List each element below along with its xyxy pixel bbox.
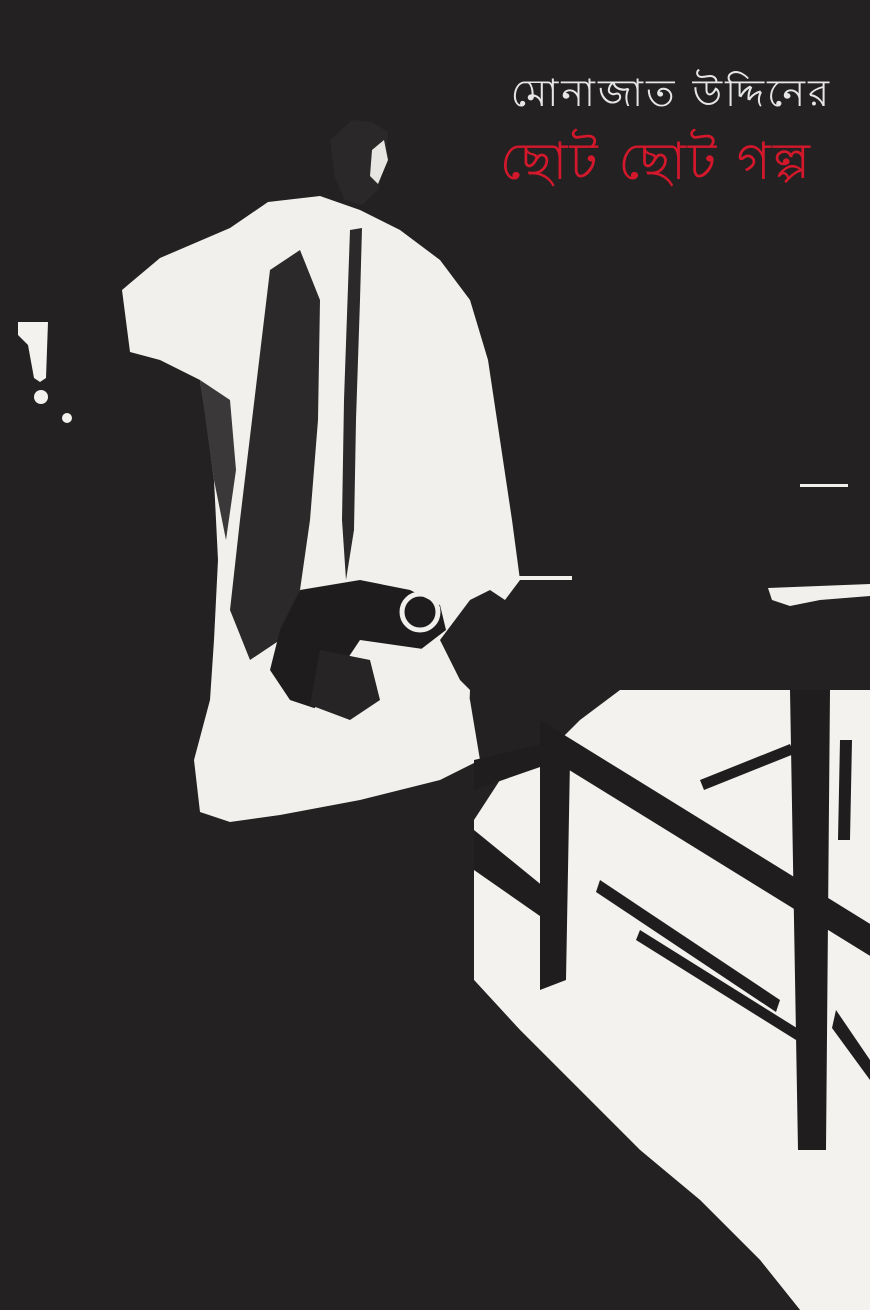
railing-scene (474, 690, 870, 1310)
book-cover: মোনাজাত উদ্দিনের ছোট ছোট গল্প (0, 0, 870, 1310)
book-title: ছোট ছোট গল্প (452, 136, 812, 188)
cover-illustration (0, 0, 870, 1310)
author-name: মোনাজাত উদ্দিনের (452, 74, 832, 112)
